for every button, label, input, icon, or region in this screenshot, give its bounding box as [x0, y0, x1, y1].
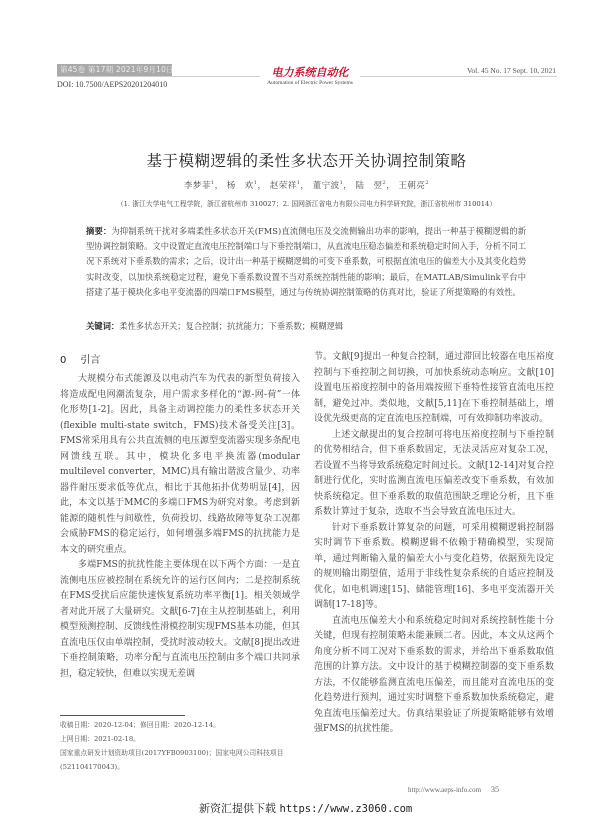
author: 王朝亮2: [398, 181, 429, 191]
footnote-dates: 收稿日期：2020-12-04；修回日期：2020-12-14。: [60, 718, 300, 732]
author-list: 李梦菲1， 杨 欢1， 赵荣祥1， 董宁波1， 陆 翌2， 王朝亮2: [0, 179, 613, 191]
paragraph: 上述文献提出的复合控制可将电压裕度控制与下垂控制的优势相结合，但下垂系数固定，无…: [314, 428, 554, 521]
paper-title: 基于模糊逻辑的柔性多状态开关协调控制策略: [0, 149, 613, 171]
author: 陆 翌2: [356, 181, 387, 191]
abstract-text: 为抑制系统干扰对多端柔性多状态开关(FMS)直流侧电压及交流侧输出功率的影响，提…: [86, 226, 526, 297]
watermark: 新资汇提供下载 https://www.z3060.com: [199, 800, 412, 816]
volume-info: Vol. 45 No. 17 Sept. 10, 2021: [467, 66, 556, 75]
author: 赵荣祥1: [270, 181, 301, 191]
abstract: 摘要：为抑制系统干扰对多端柔性多状态开关(FMS)直流侧电压及交流侧输出功率的影…: [86, 224, 526, 300]
page-number: 35: [491, 785, 499, 794]
author: 李梦菲1: [184, 181, 215, 191]
journal-url[interactable]: http://www.aeps-info.com: [408, 786, 481, 794]
footnote-funding: 国家重点研发计划资助项目(2017YFB0903100)；国家电网公司科技项目(…: [60, 746, 300, 774]
paragraph: 节。文献[9]提出一种复合控制，通过滞回比较器在电压裕度控制与下垂控制之间切换，…: [314, 350, 554, 428]
keywords-label: 关键词：: [86, 321, 119, 331]
watermark-text: 新资汇提供下载: [199, 802, 276, 815]
footnote-online: 上网日期：2021-02-18。: [60, 732, 300, 746]
paragraph: 大规模分布式能源及以电动汽车为代表的新型负荷接入将造成配电网潮流复杂，用户需求多…: [60, 372, 300, 558]
doi: DOI: 10.7500/AEPS20201204010: [57, 80, 167, 89]
body-column-right: 节。文献[9]提出一种复合控制，通过滞回比较器在电压裕度控制与下垂控制之间切换，…: [314, 350, 554, 738]
paragraph: 多端FMS的抗扰性能主要体现在以下两个方面：一是直流侧电压应被控制在系统允许的运…: [60, 558, 300, 682]
footnotes: 收稿日期：2020-12-04；修回日期：2020-12-14。 上网日期：20…: [60, 718, 300, 774]
affiliations: （1. 浙江大学电气工程学院，浙江省杭州市 310027；2. 国网浙江省电力有…: [0, 198, 613, 208]
journal-logo-cn: 电力系统自动化: [260, 64, 360, 80]
author: 董宁波1: [313, 181, 344, 191]
keywords: 关键词：柔性多状态开关；复合控制；抗扰能力；下垂系数；模糊逻辑: [86, 320, 526, 332]
section-heading: 0引言: [60, 351, 100, 366]
keywords-text: 柔性多状态开关；复合控制；抗扰能力；下垂系数；模糊逻辑: [119, 321, 343, 331]
footnote-rule: [60, 715, 185, 716]
journal-name-en: Automation of Electric Power Systems: [250, 80, 370, 86]
body-column-left: 大规模分布式能源及以电动汽车为代表的新型负荷接入将造成配电网潮流复杂，用户需求多…: [60, 372, 300, 682]
watermark-url[interactable]: https://www.z3060.com: [280, 803, 413, 815]
section-title: 引言: [80, 355, 100, 366]
abstract-label: 摘要：: [86, 226, 111, 236]
paragraph: 直流电压偏差大小和系统稳定时间对系统控制性能十分关键，但现有控制策略未能兼顾二者…: [314, 614, 554, 738]
author: 杨 欢1: [227, 181, 258, 191]
issue-badge: 第45卷 第17期 2021年9月10日: [57, 64, 172, 76]
paragraph: 针对下垂系数计算复杂的问题，可采用模糊逻辑控制器实时调节下垂系数。模糊逻辑不依赖…: [314, 521, 554, 614]
section-number: 0: [60, 355, 66, 366]
